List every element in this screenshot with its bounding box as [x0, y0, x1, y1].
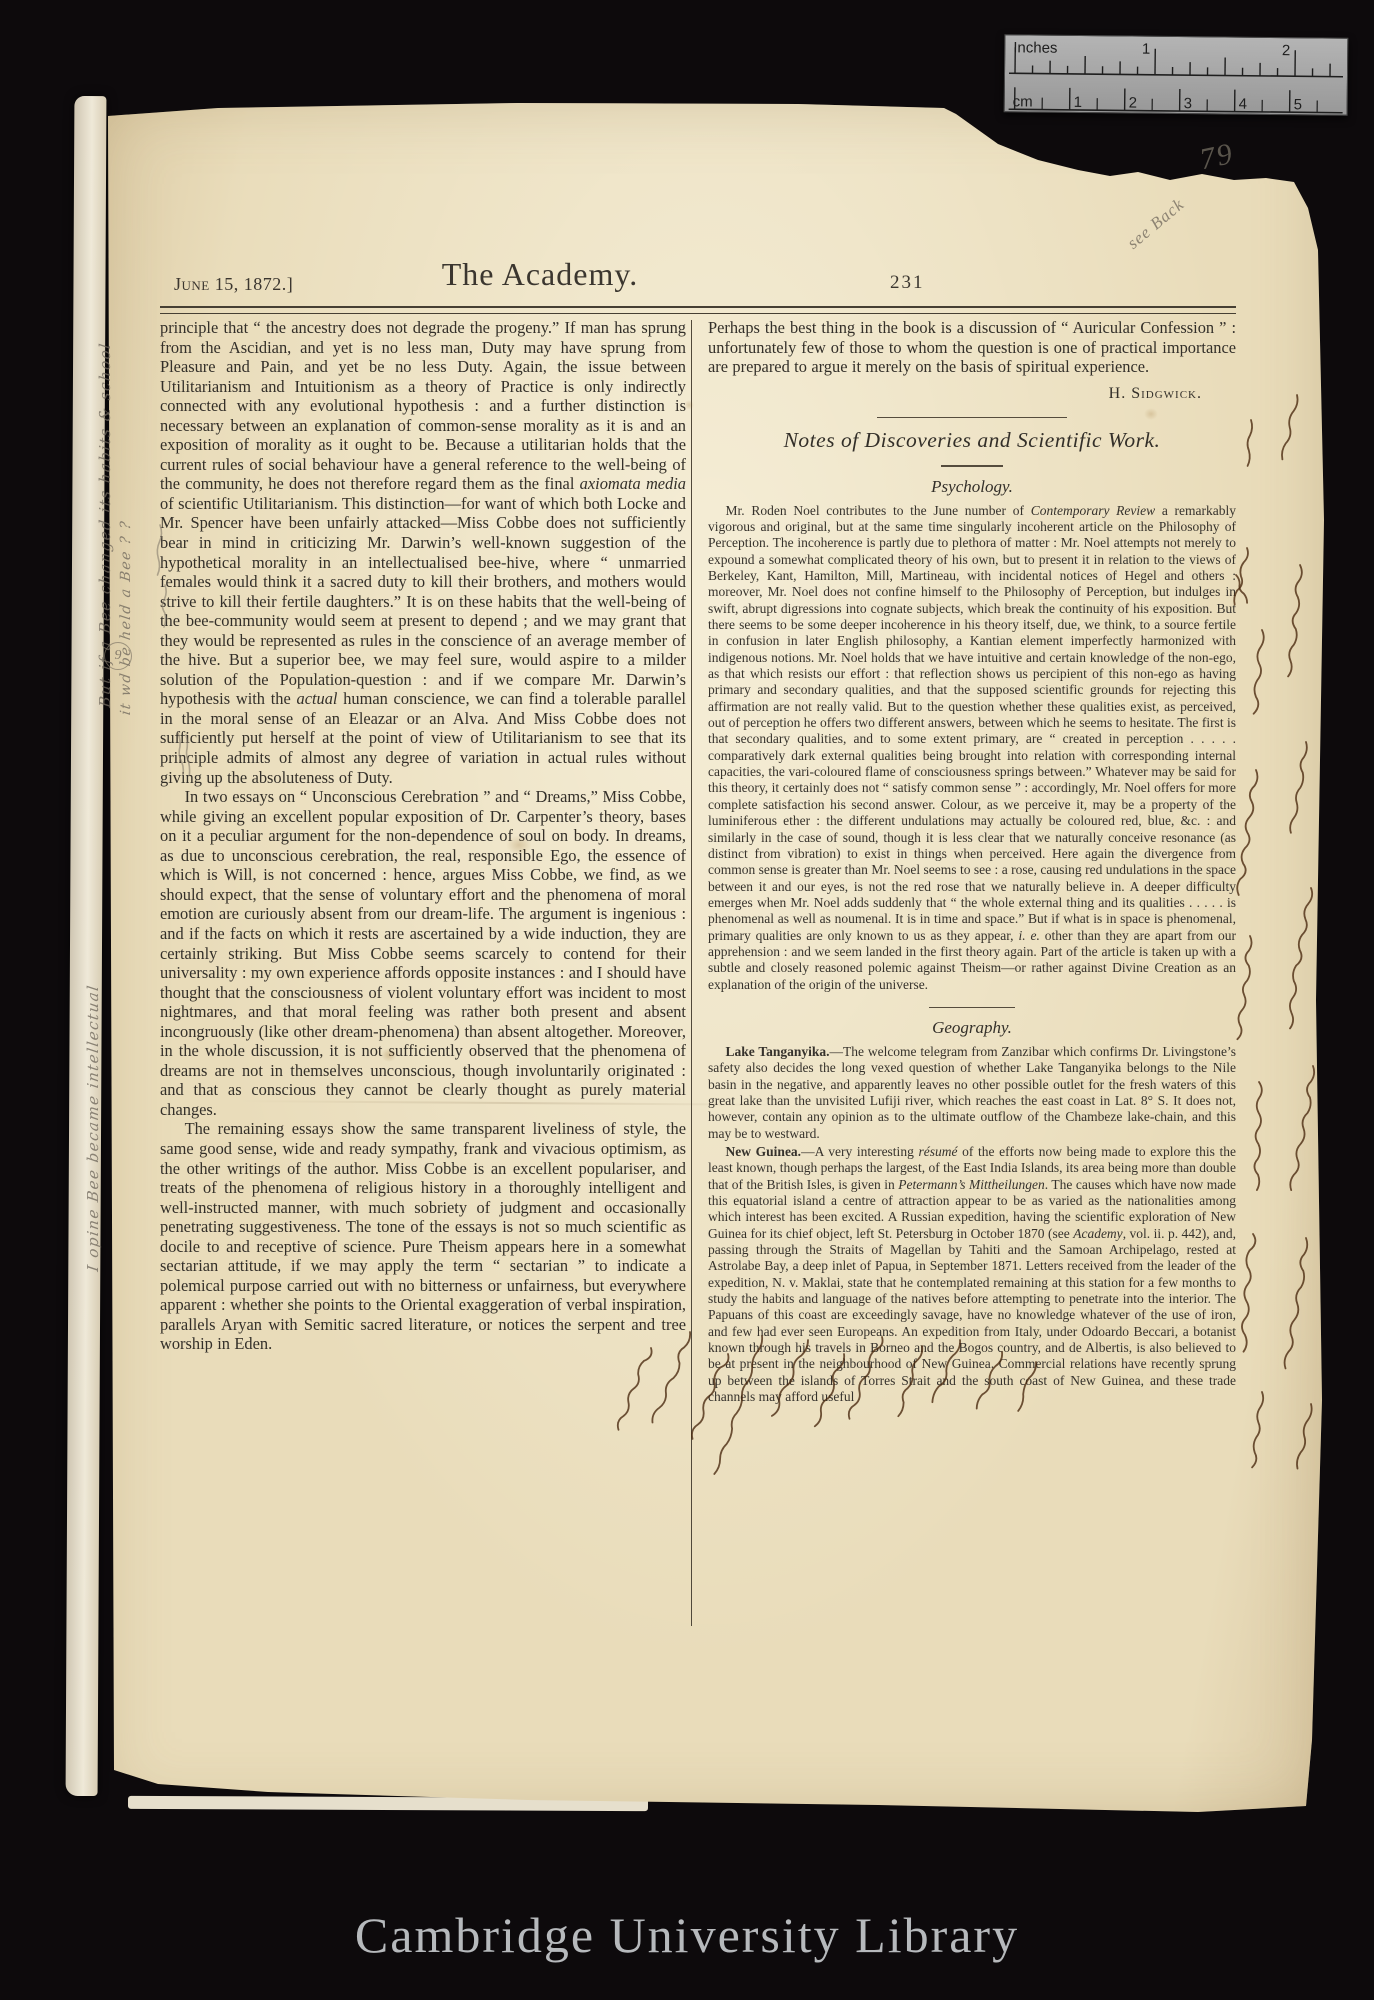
subsection-geography-heading: Geography.	[708, 1018, 1236, 1038]
svg-text:Inches: Inches	[1013, 39, 1057, 56]
section-rule	[877, 417, 1067, 418]
handwritten-folio-number: 79	[1197, 137, 1237, 177]
foxing-stain	[506, 835, 532, 855]
geography-paragraph-lake-tanganyika: Lake Tanganyika.—The welcome telegram fr…	[708, 1044, 1236, 1142]
foxing-stain	[1144, 408, 1158, 420]
header-rule	[160, 306, 1236, 314]
svg-text:5: 5	[1294, 96, 1303, 113]
svg-text:4: 4	[1239, 96, 1248, 113]
foxing-stain	[684, 400, 694, 410]
journal-page: June 15, 1872.] The Academy. 231 princip…	[98, 100, 1324, 1816]
review-paragraph: principle that “ the ancestry does not d…	[160, 318, 686, 787]
journal-title: The Academy.	[290, 256, 790, 293]
issue-date: June 15, 1872.]	[174, 274, 293, 295]
page-number: 231	[890, 272, 925, 294]
review-paragraph: In two essays on “ Unconscious Cerebrati…	[160, 787, 686, 1119]
left-column: principle that “ the ancestry does not d…	[160, 318, 686, 1354]
svg-text:1: 1	[1074, 94, 1083, 111]
handwritten-circled-number: 9	[104, 642, 132, 670]
library-banner: Cambridge University Library	[0, 1906, 1374, 1964]
running-head: June 15, 1872.] The Academy. 231	[160, 256, 1236, 304]
section-rule	[929, 1007, 1015, 1008]
ruler-scale: Inches12cm12345	[1005, 35, 1348, 115]
review-closing-paragraph: Perhaps the best thing in the book is a …	[708, 318, 1236, 377]
review-paragraph: The remaining essays show the same trans…	[160, 1119, 686, 1354]
handwritten-pencil-note: it wd be held a Bee ? ?	[118, 519, 134, 716]
section-title: Notes of Discoveries and Scientific Work…	[708, 428, 1236, 453]
foxing-stain	[381, 1048, 397, 1062]
svg-text:2: 2	[1282, 42, 1291, 59]
measurement-ruler: Inches12cm12345	[1004, 34, 1349, 116]
column-divider	[691, 320, 692, 1626]
subsection-psychology-heading: Psychology.	[708, 477, 1236, 497]
title-rule	[941, 465, 1003, 467]
svg-text:2: 2	[1129, 95, 1138, 112]
psychology-paragraph: Mr. Roden Noel contributes to the June n…	[708, 503, 1236, 993]
svg-text:cm: cm	[1013, 93, 1033, 110]
text-columns: principle that “ the ancestry does not d…	[160, 318, 1236, 1636]
handwritten-pencil-note: I opine Bee became intellectual	[84, 983, 102, 1272]
right-column: Perhaps the best thing in the book is a …	[708, 318, 1236, 1406]
geography-paragraph-new-guinea: New Guinea.—A very interesting résumé of…	[708, 1144, 1236, 1406]
scan-background: June 15, 1872.] The Academy. 231 princip…	[0, 0, 1374, 2000]
svg-text:1: 1	[1142, 41, 1151, 58]
svg-text:3: 3	[1184, 95, 1193, 112]
author-signature: H. Sidgwick.	[708, 385, 1236, 403]
